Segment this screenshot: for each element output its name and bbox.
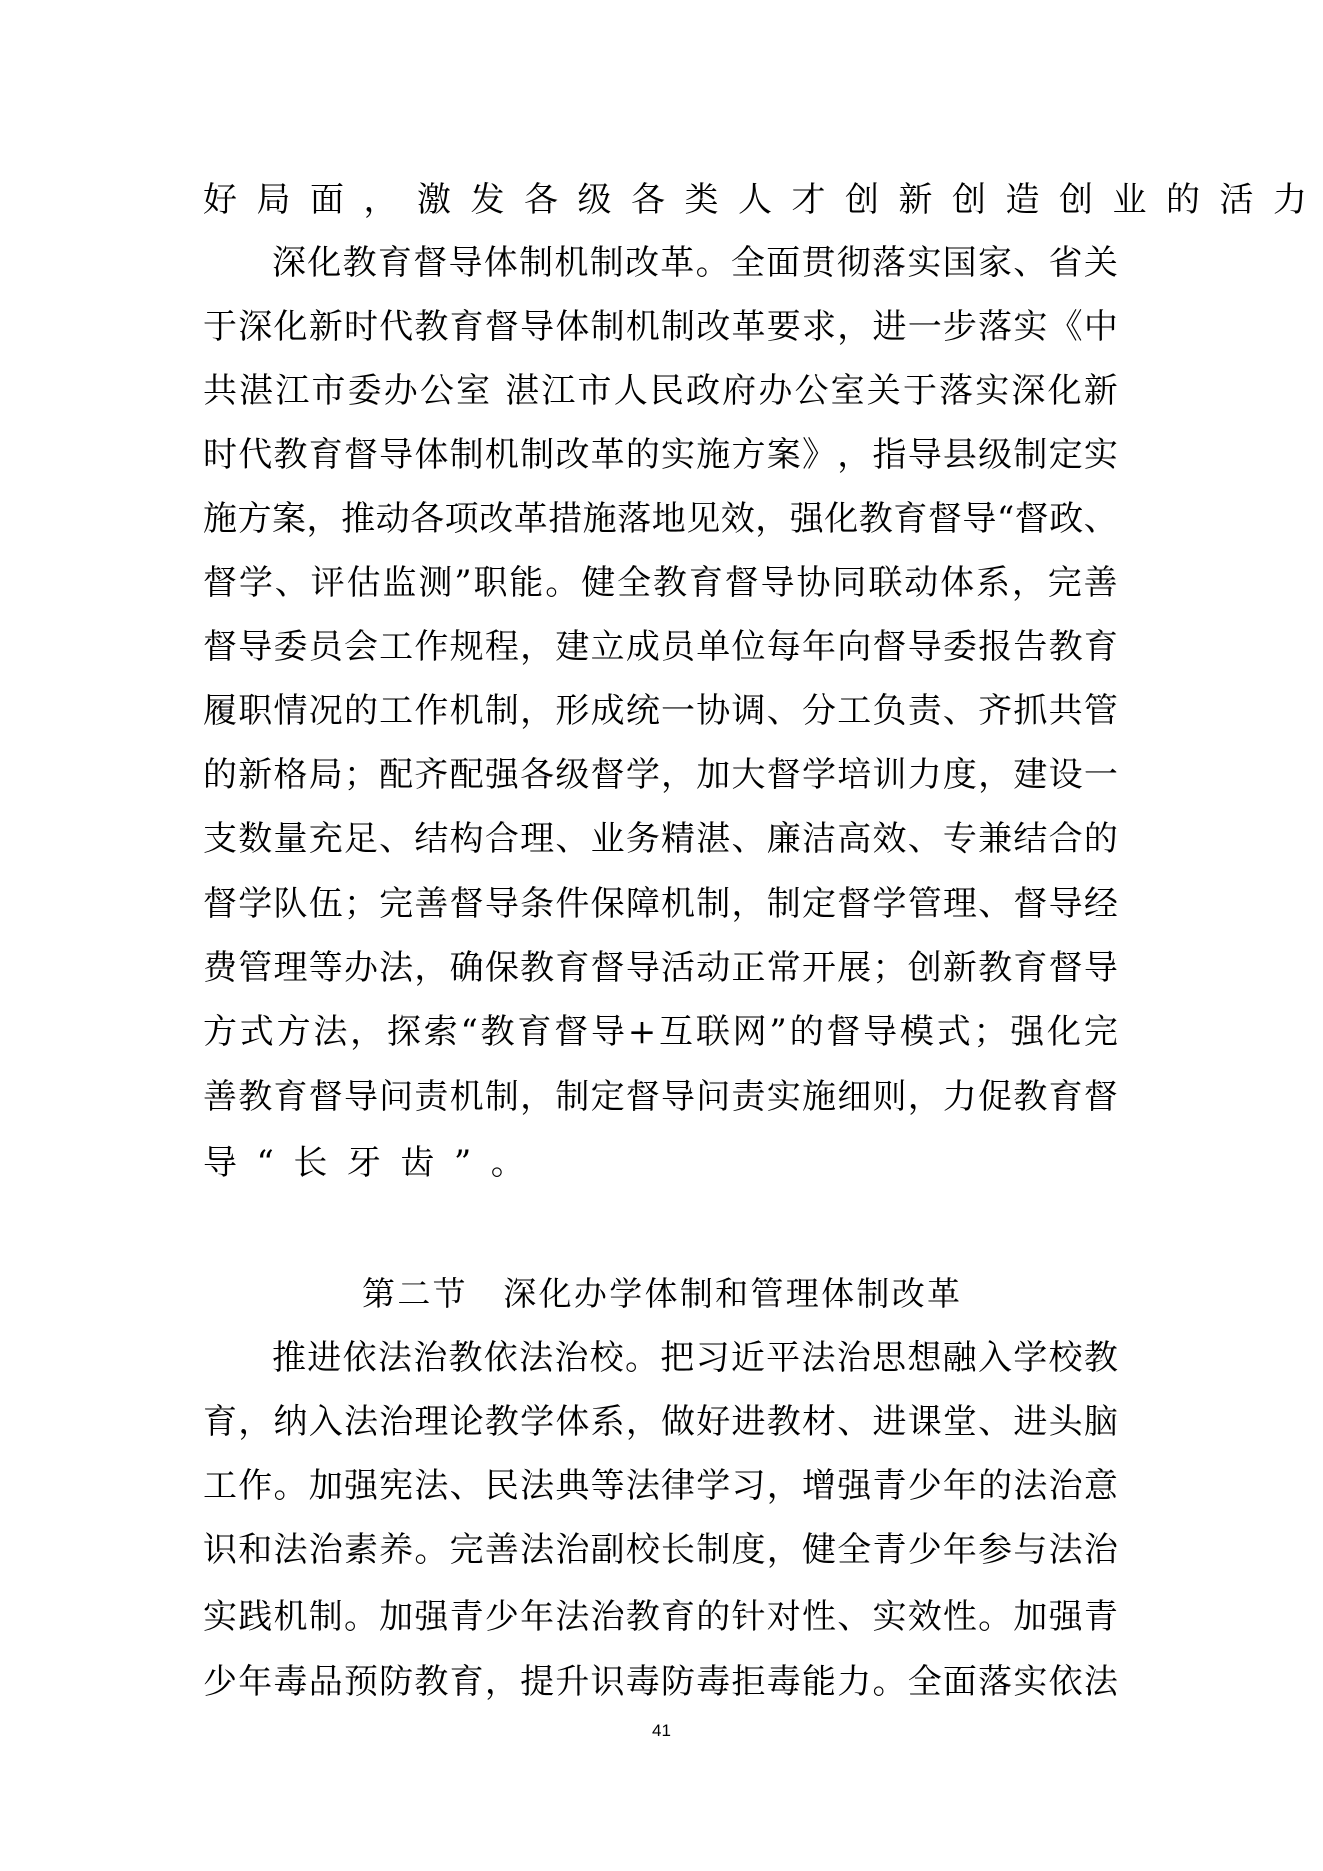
paragraph-line: 督导委员会工作规程，建立成员单位每年向督导委报告教育	[203, 627, 1118, 667]
section-heading: 第二节 深化办学体制和管理体制改革	[362, 1274, 960, 1314]
paragraph-line: 督学、评估监测”职能。健全教育督导协同联动体系，完善	[203, 563, 1118, 603]
paragraph-line: 时代教育督导体制机制改革的实施方案》，指导县级制定实	[203, 435, 1118, 475]
paragraph-line: 共湛江市委办公室 湛江市人民政府办公室关于落实深化新	[203, 371, 1118, 411]
paragraph-line: 的新格局；配齐配强各级督学，加大督学培训力度，建设一	[203, 755, 1118, 795]
paragraph-line: 推进依法治教依法治校。把习近平法治思想融入学校教	[272, 1338, 1118, 1378]
paragraph-line: 少年毒品预防教育，提升识毒防毒拒毒能力。全面落实依法	[203, 1662, 1118, 1702]
paragraph-line: 工作。加强宪法、民法典等法律学习，增强青少年的法治意	[203, 1466, 1118, 1506]
paragraph-line: 善教育督导问责机制，制定督导问责实施细则，力促教育督	[203, 1077, 1118, 1117]
page-number: 41	[0, 1720, 1323, 1742]
paragraph-line: 方式方法，探索“教育督导+互联网”的督导模式；强化完	[203, 1012, 1118, 1052]
paragraph-line: 费管理等办法，确保教育督导活动正常开展；创新教育督导	[203, 948, 1118, 988]
paragraph-line: 于深化新时代教育督导体制机制改革要求，进一步落实《中	[203, 307, 1118, 347]
paragraph-line: 深化教育督导体制机制改革。全面贯彻落实国家、省关	[272, 243, 1118, 283]
document-page: 好局面，激发各级各类人才创新创造创业的活力。 深化教育督导体制机制改革。全面贯彻…	[0, 0, 1323, 1871]
paragraph-line: 导“长牙齿”。	[203, 1143, 1118, 1183]
paragraph-line: 施方案，推动各项改革措施落地见效，强化教育督导“督政、	[203, 499, 1118, 539]
paragraph-line: 育，纳入法治理论教学体系，做好进教材、进课堂、进头脑	[203, 1402, 1118, 1442]
paragraph-line: 督学队伍；完善督导条件保障机制，制定督学管理、督导经	[203, 884, 1118, 924]
paragraph-line: 履职情况的工作机制，形成统一协调、分工负责、齐抓共管	[203, 691, 1118, 731]
paragraph-line: 识和法治素养。完善法治副校长制度，健全青少年参与法治	[203, 1530, 1118, 1570]
paragraph-line: 好局面，激发各级各类人才创新创造创业的活力。	[203, 180, 1118, 220]
paragraph-line: 支数量充足、结构合理、业务精湛、廉洁高效、专兼结合的	[203, 819, 1118, 859]
paragraph-line: 实践机制。加强青少年法治教育的针对性、实效性。加强青	[203, 1597, 1118, 1637]
